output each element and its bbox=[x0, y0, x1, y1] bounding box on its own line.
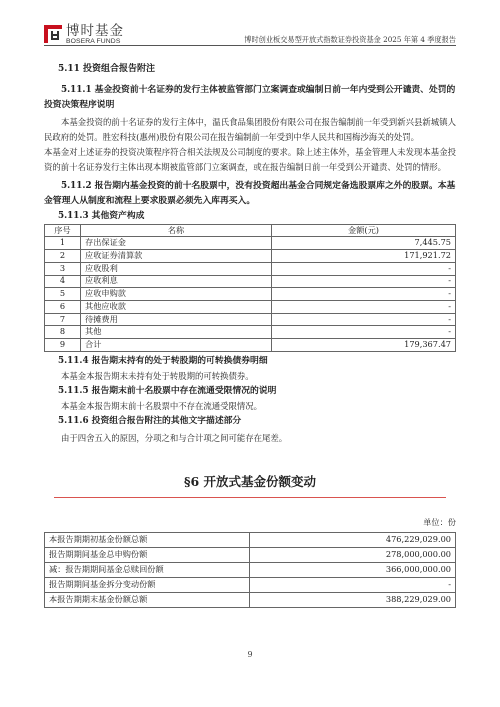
table-total-row: 9 合计 179,367.47 bbox=[45, 338, 456, 351]
row-index: 4 bbox=[45, 275, 81, 288]
row-amount: 7,445.75 bbox=[272, 237, 456, 250]
section-5-11-1-paragraph-2: 本基金对上述证券的投资决策程序符合相关法规及公司制度的要求。除上述主体外，基金管… bbox=[44, 145, 456, 175]
column-header-index: 序号 bbox=[45, 224, 81, 237]
row-index: 7 bbox=[45, 313, 81, 326]
table-row: 4 应收利息 - bbox=[45, 275, 456, 288]
row-amount: 179,367.47 bbox=[272, 338, 456, 351]
row-index: 3 bbox=[45, 262, 81, 275]
table-row: 8 其他 - bbox=[45, 326, 456, 339]
bosera-logo-icon bbox=[44, 25, 62, 43]
section-6-divider bbox=[54, 497, 446, 498]
row-value: 278,000,000.00 bbox=[250, 547, 456, 562]
row-label: 报告期期间基金总申购份额 bbox=[45, 547, 250, 562]
row-label: 减：报告期期间基金总赎回份额 bbox=[45, 562, 250, 577]
row-name: 应收股利 bbox=[81, 262, 272, 275]
row-amount: - bbox=[272, 326, 456, 339]
logo-chinese-name: 博时基金 bbox=[66, 24, 124, 38]
row-label: 本报告期期初基金份额总额 bbox=[45, 532, 250, 547]
column-header-name: 名称 bbox=[81, 224, 272, 237]
section-5-11-4-heading: 5.11.4 报告期末持有的处于转股期的可转换债券明细 bbox=[44, 354, 456, 369]
section-5-11-6-heading: 5.11.6 投资组合报告附注的其他文字描述部分 bbox=[44, 414, 456, 429]
page-number: 9 bbox=[0, 650, 500, 660]
section-5-11-1-heading: 5.11.1 基金投资前十名证券的发行主体被监管部门立案调查或编制日前一年内受到… bbox=[44, 83, 456, 113]
section-5-11-1-paragraph-1: 本基金投资的前十名证券的发行主体中，温氏食品集团股份有限公司在报告编制前一年受到… bbox=[44, 115, 456, 145]
table-row: 减：报告期期间基金总赎回份额 366,000,000.00 bbox=[45, 562, 456, 577]
row-amount: - bbox=[272, 288, 456, 301]
row-label: 本报告期期末基金份额总额 bbox=[45, 592, 250, 607]
row-value: - bbox=[250, 577, 456, 592]
document-title: 博时创业板交易型开放式指数证券投资基金 2025 年第 4 季度报告 bbox=[244, 36, 456, 45]
section-5-11-6-text: 由于四舍五入的原因，分项之和与合计项之间可能存在尾差。 bbox=[44, 431, 456, 446]
row-index: 9 bbox=[45, 338, 81, 351]
row-value: 366,000,000.00 bbox=[250, 562, 456, 577]
section-5-11-4-text: 本基金本报告期末未持有处于转股期的可转换债券。 bbox=[44, 369, 456, 384]
table-row: 报告期期间基金拆分变动份额 - bbox=[45, 577, 456, 592]
section-5-11-heading: 5.11 投资组合报告附注 bbox=[44, 64, 456, 75]
row-amount: 171,921.72 bbox=[272, 250, 456, 263]
table-row: 3 应收股利 - bbox=[45, 262, 456, 275]
column-header-amount: 金额(元) bbox=[272, 224, 456, 237]
unit-label: 单位：份 bbox=[44, 518, 456, 528]
table-row: 本报告期期末基金份额总额 388,229,029.00 bbox=[45, 592, 456, 607]
row-index: 1 bbox=[45, 237, 81, 250]
row-name: 待摊费用 bbox=[81, 313, 272, 326]
row-name: 合计 bbox=[81, 338, 272, 351]
fund-share-change-table: 本报告期期初基金份额总额 476,229,029.00 报告期期间基金总申购份额… bbox=[44, 532, 456, 608]
table-row: 1 存出保证金 7,445.75 bbox=[45, 237, 456, 250]
table-row: 6 其他应收款 - bbox=[45, 300, 456, 313]
table-row: 报告期期间基金总申购份额 278,000,000.00 bbox=[45, 547, 456, 562]
row-amount: - bbox=[272, 262, 456, 275]
row-index: 6 bbox=[45, 300, 81, 313]
table-header-row: 序号 名称 金额(元) bbox=[45, 224, 456, 237]
section-5-11-2-heading: 5.11.2 报告期内基金投资的前十名股票中，没有投资超出基金合同规定备选股票库… bbox=[44, 179, 456, 209]
row-name: 应收利息 bbox=[81, 275, 272, 288]
row-value: 388,229,029.00 bbox=[250, 592, 456, 607]
header-divider bbox=[44, 45, 456, 46]
page-content: 5.11 投资组合报告附注 5.11.1 基金投资前十名证券的发行主体被监管部门… bbox=[44, 58, 456, 608]
table-row: 本报告期期初基金份额总额 476,229,029.00 bbox=[45, 532, 456, 547]
row-label: 报告期期间基金拆分变动份额 bbox=[45, 577, 250, 592]
row-name: 应收申购款 bbox=[81, 288, 272, 301]
table-row: 5 应收申购款 - bbox=[45, 288, 456, 301]
section-5-11-3-heading: 5.11.3 其他资产构成 bbox=[44, 209, 456, 224]
row-name: 其他应收款 bbox=[81, 300, 272, 313]
row-value: 476,229,029.00 bbox=[250, 532, 456, 547]
row-amount: - bbox=[272, 275, 456, 288]
row-name: 存出保证金 bbox=[81, 237, 272, 250]
row-amount: - bbox=[272, 313, 456, 326]
section-5-11-5-heading: 5.11.5 报告期末前十名股票中存在流通受限情况的说明 bbox=[44, 384, 456, 399]
table-row: 2 应收证券清算款 171,921.72 bbox=[45, 250, 456, 263]
page-header: 博时基金 BOSERA FUNDS 博时创业板交易型开放式指数证券投资基金 20… bbox=[44, 24, 456, 48]
section-6-heading: §6 开放式基金份额变动 bbox=[44, 474, 456, 489]
row-name: 其他 bbox=[81, 326, 272, 339]
row-amount: - bbox=[272, 300, 456, 313]
table-row: 7 待摊费用 - bbox=[45, 313, 456, 326]
row-index: 8 bbox=[45, 326, 81, 339]
row-name: 应收证券清算款 bbox=[81, 250, 272, 263]
row-index: 2 bbox=[45, 250, 81, 263]
bosera-logo: 博时基金 BOSERA FUNDS bbox=[44, 24, 124, 46]
section-5-11-5-text: 本基金本报告期末前十名股票中不存在流通受限情况。 bbox=[44, 399, 456, 414]
row-index: 5 bbox=[45, 288, 81, 301]
other-assets-table: 序号 名称 金额(元) 1 存出保证金 7,445.75 2 应收证券清算款 1… bbox=[44, 224, 456, 352]
